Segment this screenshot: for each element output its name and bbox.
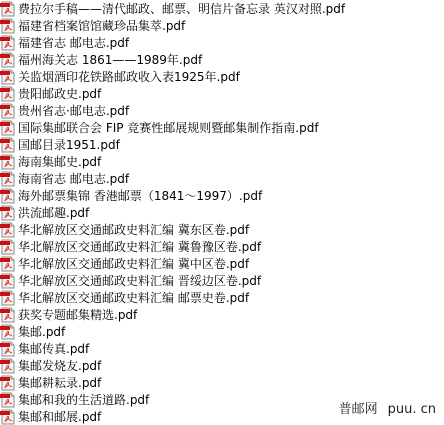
watermark-site-name: 普邮网 xyxy=(339,402,378,417)
file-name: 福建省档案馆馆藏珍品集萃.pdf xyxy=(18,18,185,34)
watermark-domain: puu. cn xyxy=(388,402,436,417)
file-list-item[interactable]: 关监烟酒印花铁路邮政收入表1925年.pdf xyxy=(0,68,444,85)
file-list-item[interactable]: 福建省志 邮电志.pdf xyxy=(0,34,444,51)
file-list-item[interactable]: 海南集邮史.pdf xyxy=(0,153,444,170)
file-name: 集邮传真.pdf xyxy=(18,341,89,357)
pdf-file-icon xyxy=(0,154,16,170)
pdf-file-icon xyxy=(0,358,16,374)
file-list-item[interactable]: 华北解放区交通邮政史料汇编 晋绥边区卷.pdf xyxy=(0,272,444,289)
file-name: 集邮耕耘录.pdf xyxy=(18,375,101,391)
file-name: 海南省志 邮电志.pdf xyxy=(18,171,129,187)
file-list-item[interactable]: 国邮目录1951.pdf xyxy=(0,136,444,153)
pdf-file-icon xyxy=(0,35,16,51)
pdf-file-icon xyxy=(0,205,16,221)
file-name: 福州海关志 1861——1989年.pdf xyxy=(18,52,202,68)
file-name: 洪流邮趣.pdf xyxy=(18,205,89,221)
file-name: 海南集邮史.pdf xyxy=(18,154,101,170)
pdf-file-icon xyxy=(0,375,16,391)
file-name: 海外邮票集锦 香港邮票（1841～1997）.pdf xyxy=(18,188,262,204)
file-list-item[interactable]: 华北解放区交通邮政史料汇编 邮票史卷.pdf xyxy=(0,289,444,306)
file-list-item[interactable]: 集邮耕耘录.pdf xyxy=(0,374,444,391)
file-list-item[interactable]: 洪流邮趣.pdf xyxy=(0,204,444,221)
file-list: 费拉尔手稿——清代邮政、邮票、明信片备忘录 英汉对照.pdf 福建省档案馆馆藏珍… xyxy=(0,0,444,425)
pdf-file-icon xyxy=(0,307,16,323)
file-name: 华北解放区交通邮政史料汇编 晋绥边区卷.pdf xyxy=(18,273,261,289)
file-name: 贵州省志·邮电志.pdf xyxy=(18,103,129,119)
file-name: 华北解放区交通邮政史料汇编 冀东区卷.pdf xyxy=(18,222,249,238)
file-list-item[interactable]: 福建省档案馆馆藏珍品集萃.pdf xyxy=(0,17,444,34)
pdf-file-icon xyxy=(0,256,16,272)
pdf-file-icon xyxy=(0,1,16,17)
file-name: 集邮.pdf xyxy=(18,324,65,340)
pdf-file-icon xyxy=(0,273,16,289)
file-list-item[interactable]: 集邮发烧友.pdf xyxy=(0,357,444,374)
pdf-file-icon xyxy=(0,239,16,255)
pdf-file-icon xyxy=(0,137,16,153)
file-list-item[interactable]: 国际集邮联合会 FIP 竞赛性邮展规则暨邮集制作指南.pdf xyxy=(0,119,444,136)
pdf-file-icon xyxy=(0,222,16,238)
file-list-item[interactable]: 费拉尔手稿——清代邮政、邮票、明信片备忘录 英汉对照.pdf xyxy=(0,0,444,17)
file-name: 获奖专题邮集精选.pdf xyxy=(18,307,137,323)
file-name: 费拉尔手稿——清代邮政、邮票、明信片备忘录 英汉对照.pdf xyxy=(18,1,345,17)
pdf-file-icon xyxy=(0,171,16,187)
watermark: 普邮网puu. cn xyxy=(339,398,436,417)
pdf-file-icon xyxy=(0,18,16,34)
file-list-item[interactable]: 获奖专题邮集精选.pdf xyxy=(0,306,444,323)
pdf-file-icon xyxy=(0,392,16,408)
pdf-file-icon xyxy=(0,120,16,136)
pdf-file-icon xyxy=(0,86,16,102)
file-list-item[interactable]: 海外邮票集锦 香港邮票（1841～1997）.pdf xyxy=(0,187,444,204)
file-list-item[interactable]: 贵州省志·邮电志.pdf xyxy=(0,102,444,119)
pdf-file-icon xyxy=(0,52,16,68)
pdf-file-icon xyxy=(0,324,16,340)
file-name: 国际集邮联合会 FIP 竞赛性邮展规则暨邮集制作指南.pdf xyxy=(18,120,319,136)
pdf-file-icon xyxy=(0,69,16,85)
file-name: 国邮目录1951.pdf xyxy=(18,137,120,153)
pdf-file-icon xyxy=(0,341,16,357)
file-name: 集邮发烧友.pdf xyxy=(18,358,101,374)
file-list-item[interactable]: 华北解放区交通邮政史料汇编 冀中区卷.pdf xyxy=(0,255,444,272)
file-name: 集邮和邮展.pdf xyxy=(18,409,101,425)
file-list-item[interactable]: 贵阳邮政史.pdf xyxy=(0,85,444,102)
file-name: 福建省志 邮电志.pdf xyxy=(18,35,129,51)
file-list-item[interactable]: 华北解放区交通邮政史料汇编 冀鲁豫区卷.pdf xyxy=(0,238,444,255)
file-name: 华北解放区交通邮政史料汇编 邮票史卷.pdf xyxy=(18,290,249,306)
file-list-item[interactable]: 华北解放区交通邮政史料汇编 冀东区卷.pdf xyxy=(0,221,444,238)
file-name: 关监烟酒印花铁路邮政收入表1925年.pdf xyxy=(18,69,240,85)
file-name: 华北解放区交通邮政史料汇编 冀鲁豫区卷.pdf xyxy=(18,239,261,255)
pdf-file-icon xyxy=(0,188,16,204)
file-list-item[interactable]: 海南省志 邮电志.pdf xyxy=(0,170,444,187)
pdf-file-icon xyxy=(0,409,16,425)
file-list-item[interactable]: 集邮传真.pdf xyxy=(0,340,444,357)
file-name: 贵阳邮政史.pdf xyxy=(18,86,101,102)
pdf-file-icon xyxy=(0,290,16,306)
file-list-item[interactable]: 福州海关志 1861——1989年.pdf xyxy=(0,51,444,68)
file-list-item[interactable]: 集邮.pdf xyxy=(0,323,444,340)
pdf-file-icon xyxy=(0,103,16,119)
file-name: 集邮和我的生活道路.pdf xyxy=(18,392,149,408)
file-name: 华北解放区交通邮政史料汇编 冀中区卷.pdf xyxy=(18,256,249,272)
